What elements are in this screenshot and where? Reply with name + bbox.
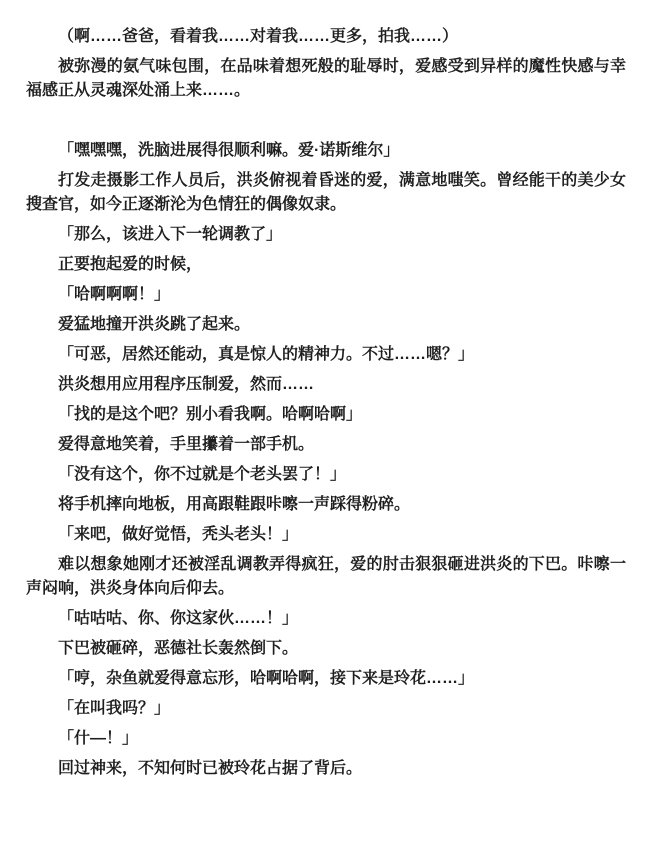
paragraph: 「咕咕咕、你、你这家伙……！」 (26, 607, 626, 631)
paragraph: 洪炎想用应用程序压制爱，然而…… (26, 373, 626, 397)
paragraph: 爱猛地撞开洪炎跳了起来。 (26, 313, 626, 337)
paragraph: 「来吧，做好觉悟，秃头老头！」 (26, 523, 626, 547)
paragraph: 「哼，杂鱼就爱得意忘形，哈啊哈啊，接下来是玲花……」 (26, 667, 626, 691)
novel-text-page: （啊……爸爸，看着我……对着我……更多，拍我……）被弥漫的氨气味包围，在品味着想… (0, 0, 650, 850)
paragraph: （啊……爸爸，看着我……对着我……更多，拍我……） (26, 25, 626, 49)
paragraph: 「什—！」 (26, 727, 626, 751)
paragraph: 难以想象她刚才还被淫乱调教弄得疯狂，爱的肘击狠狠砸进洪炎的下巴。咔嚓一声闷响，洪… (26, 553, 626, 601)
paragraph: 打发走摄影工作人员后，洪炎俯视着昏迷的爱，满意地嗤笑。曾经能干的美少女搜查官，如… (26, 169, 626, 217)
paragraph: 被弥漫的氨气味包围，在品味着想死般的耻辱时，爱感受到异样的魔性快感与幸福感正从灵… (26, 55, 626, 103)
paragraph: 下巴被砸碎，恶德社长轰然倒下。 (26, 637, 626, 661)
paragraph: 爱得意地笑着，手里攥着一部手机。 (26, 433, 626, 457)
paragraph: 正要抱起爱的时候， (26, 253, 626, 277)
paragraph: 回过神来，不知何时已被玲花占据了背后。 (26, 757, 626, 781)
paragraph: 「哈啊啊啊！」 (26, 283, 626, 307)
paragraph: 「那么，该进入下一轮调教了」 (26, 223, 626, 247)
paragraph: 「可恶，居然还能动，真是惊人的精神力。不过……嗯？」 (26, 343, 626, 367)
paragraph: 「没有这个，你不过就是个老头罢了！」 (26, 463, 626, 487)
novel-text-content: （啊……爸爸，看着我……对着我……更多，拍我……）被弥漫的氨气味包围，在品味着想… (26, 25, 626, 781)
paragraph: 将手机摔向地板，用高跟鞋跟咔嚓一声踩得粉碎。 (26, 493, 626, 517)
scene-break (26, 109, 626, 139)
paragraph: 「在叫我吗？」 (26, 697, 626, 721)
paragraph: 「嘿嘿嘿，洗脑进展得很顺利嘛。爱·诺斯维尔」 (26, 139, 626, 163)
paragraph: 「找的是这个吧？别小看我啊。哈啊哈啊」 (26, 403, 626, 427)
